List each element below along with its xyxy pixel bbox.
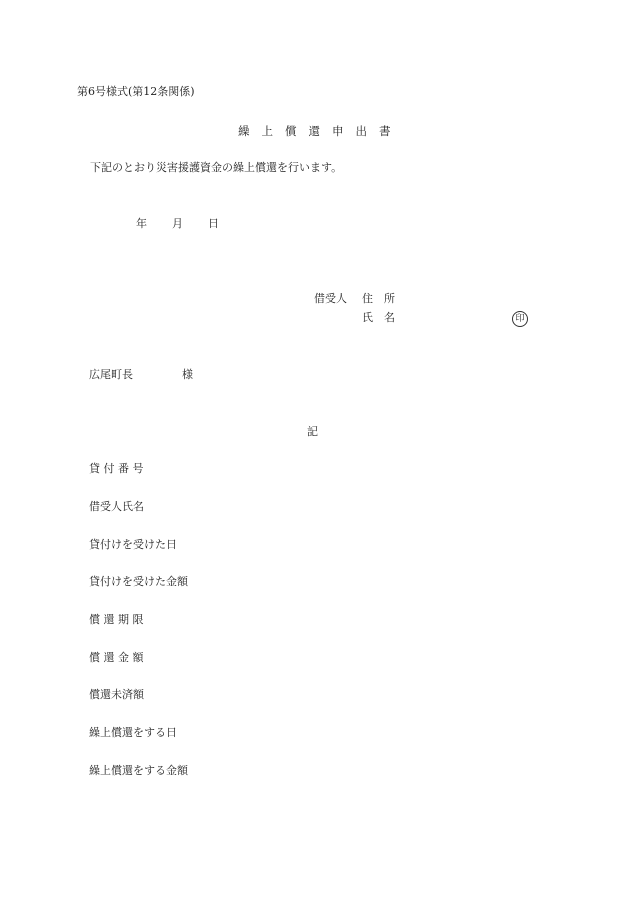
item-repayment-amount: 償 還 金 額 xyxy=(89,651,144,665)
intro-text: 下記のとおり災害援護資金の繰上償還を行います。 xyxy=(90,161,342,175)
document-title: 繰上償還申出書 xyxy=(238,124,403,138)
item-borrower-name: 借受人氏名 xyxy=(89,500,144,514)
addressee-honorific: 様 xyxy=(182,368,193,382)
item-loan-number: 貸 付 番 号 xyxy=(89,462,144,476)
date-month-label: 月 xyxy=(172,217,183,231)
date-year-label: 年 xyxy=(136,217,147,231)
item-outstanding-amount: 償還未済額 xyxy=(89,688,144,702)
name-label: 氏 名 xyxy=(362,311,395,325)
addressee-name: 広尾町長 xyxy=(89,368,133,382)
form-number: 第6号様式(第12条関係) xyxy=(77,85,195,99)
address-label: 住 所 xyxy=(362,292,395,306)
item-repayment-deadline: 償 還 期 限 xyxy=(89,613,144,627)
item-loan-amount: 貸付けを受けた金額 xyxy=(89,575,188,589)
item-early-repayment-amount: 繰上償還をする金額 xyxy=(89,764,188,778)
date-day-label: 日 xyxy=(208,217,219,231)
applicant-role: 借受人 xyxy=(314,292,347,306)
item-early-repayment-date: 繰上償還をする日 xyxy=(89,726,177,740)
item-loan-date: 貸付けを受けた日 xyxy=(89,538,177,552)
seal-icon: 印 xyxy=(512,311,528,327)
record-heading: 記 xyxy=(307,425,318,439)
